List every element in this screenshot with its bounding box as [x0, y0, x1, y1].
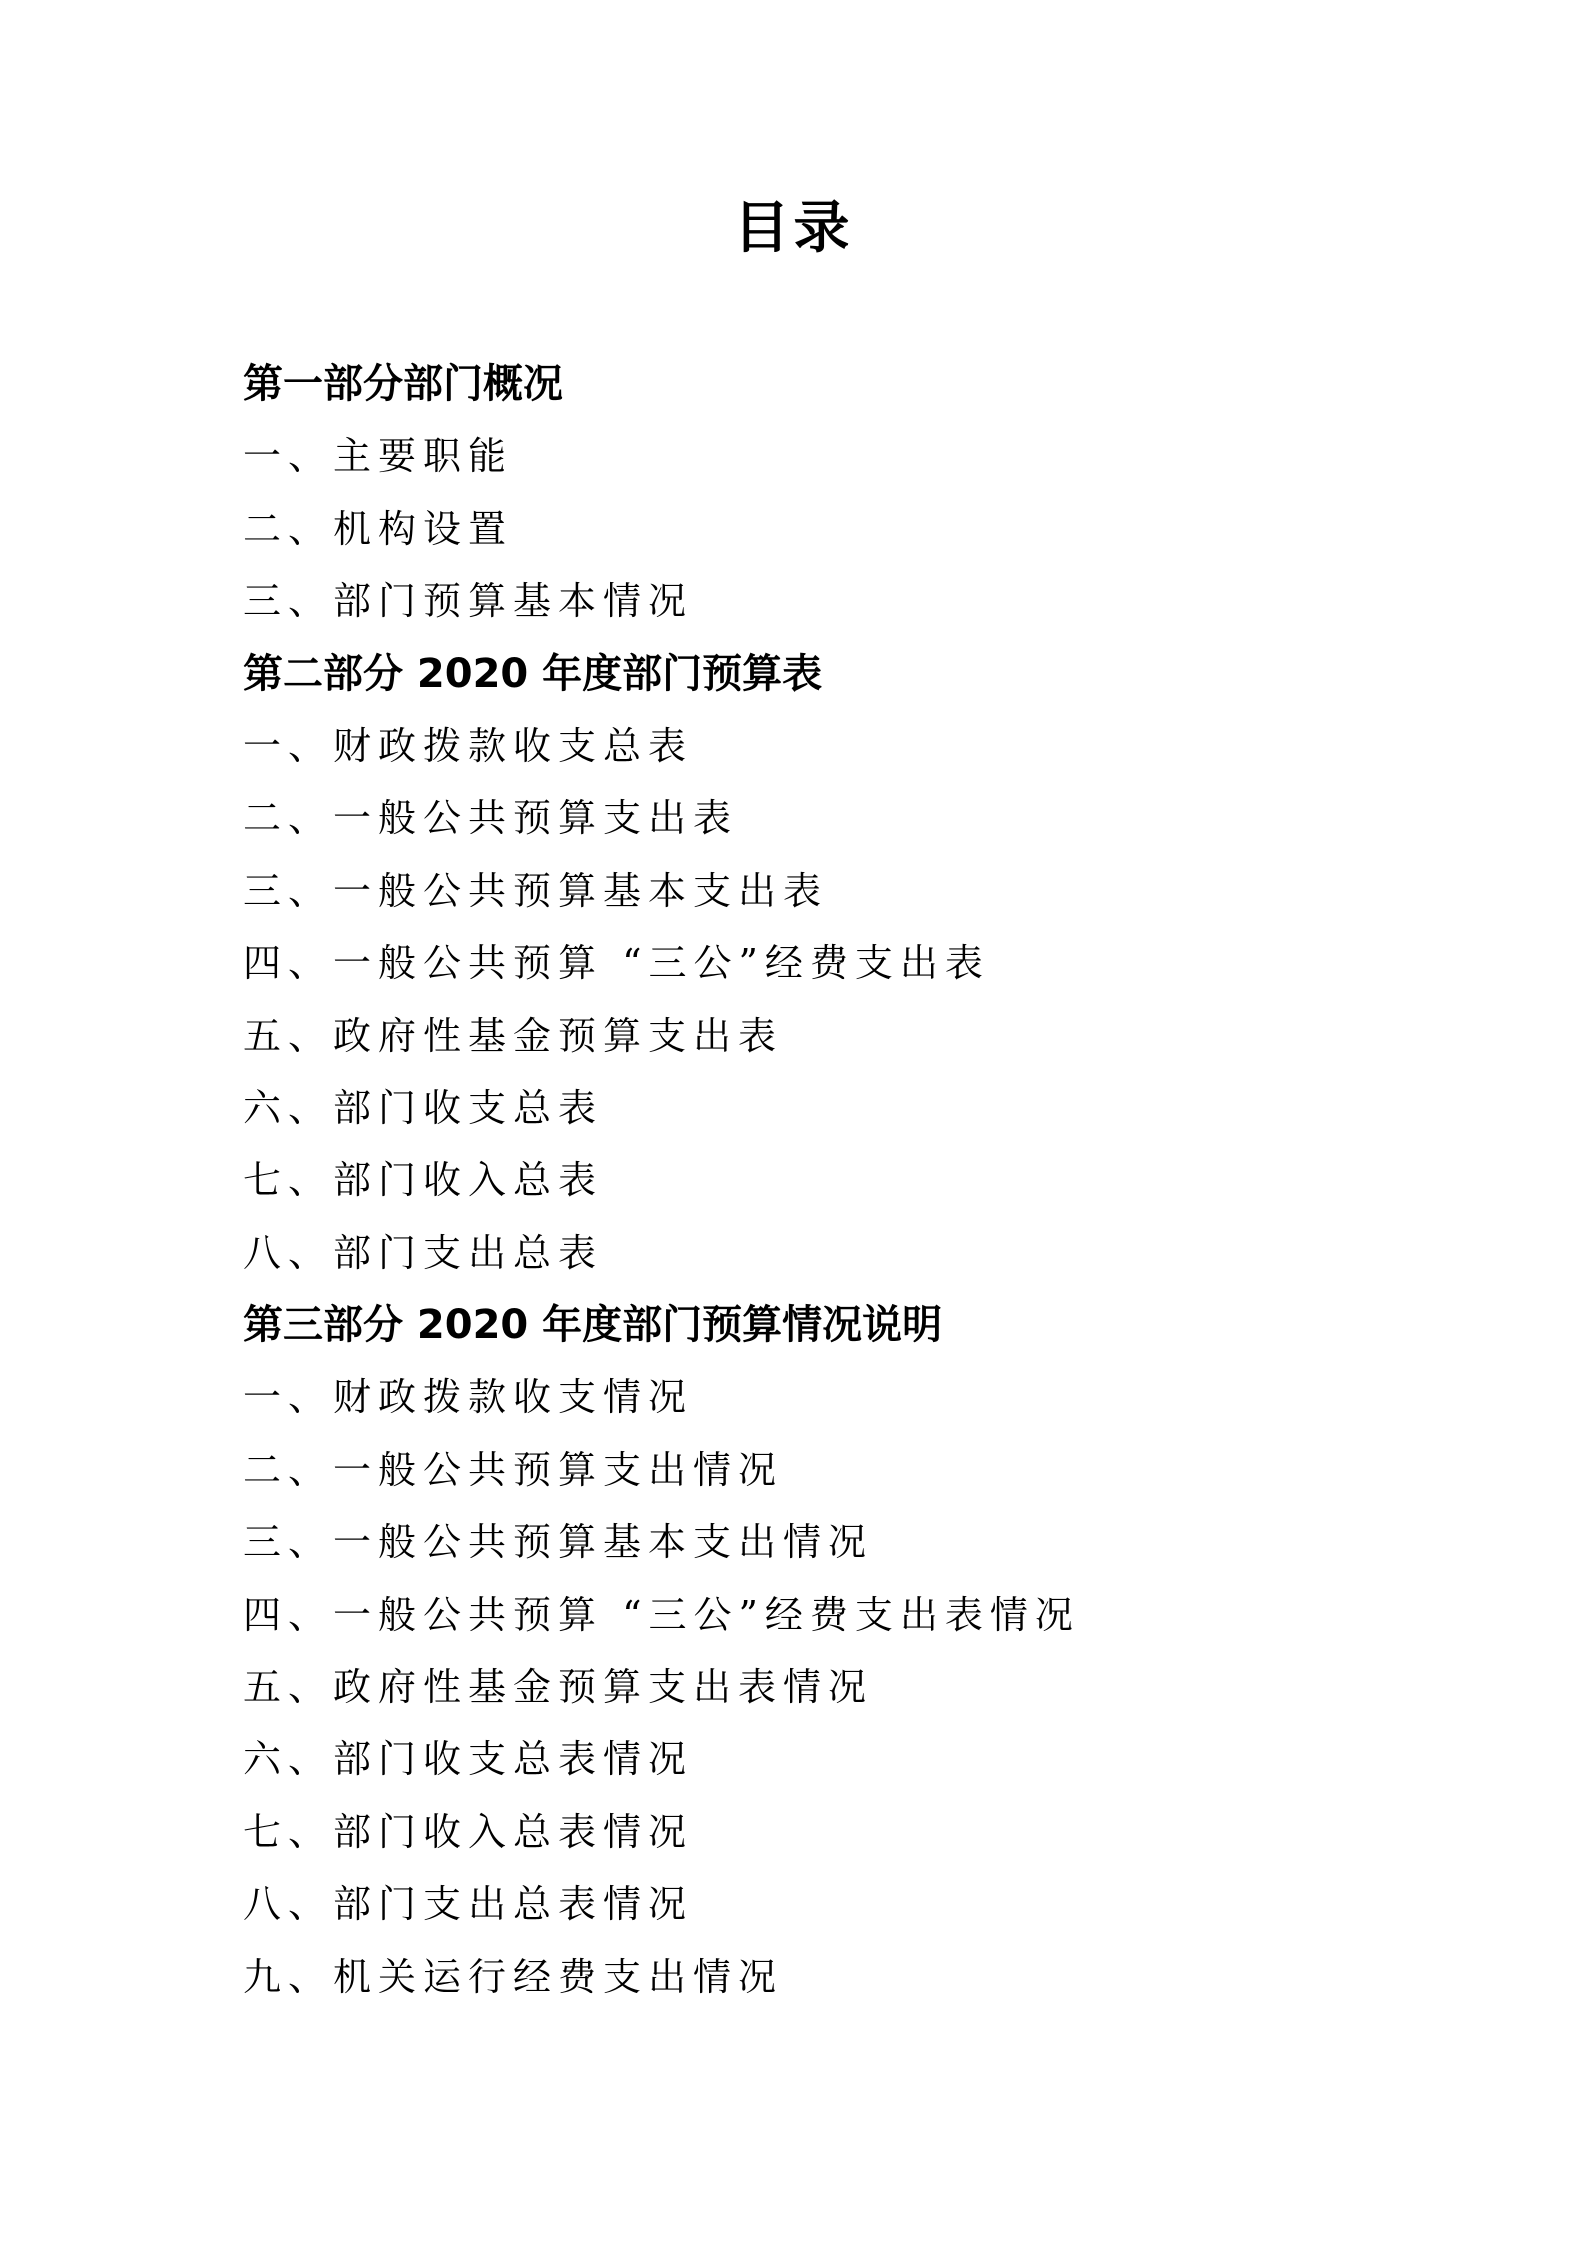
document-page: 目录 第一部分部门概况 一、主要职能 二、机构设置 三、部门预算基本情况 第二部… — [0, 0, 1587, 2245]
toc-item: 三、部门预算基本情况 — [243, 565, 1080, 637]
toc-item: 二、机构设置 — [243, 493, 1080, 565]
toc-item: 二、一般公共预算支出表 — [243, 782, 1080, 854]
toc-item: 六、部门收支总表情况 — [243, 1723, 1080, 1795]
toc-item: 一、主要职能 — [243, 420, 1080, 492]
table-of-contents: 第一部分部门概况 一、主要职能 二、机构设置 三、部门预算基本情况 第二部分 2… — [243, 348, 1080, 2013]
toc-item: 九、机关运行经费支出情况 — [243, 1941, 1080, 2013]
toc-part-3: 第三部分 2020 年度部门预算情况说明 — [243, 1289, 1080, 1361]
toc-item: 五、政府性基金预算支出表 — [243, 1000, 1080, 1072]
toc-part-1: 第一部分部门概况 — [243, 348, 1080, 420]
toc-part-2: 第二部分 2020 年度部门预算表 — [243, 638, 1080, 710]
toc-item: 三、一般公共预算基本支出情况 — [243, 1506, 1080, 1578]
toc-item: 六、部门收支总表 — [243, 1072, 1080, 1144]
toc-item: 一、财政拨款收支总表 — [243, 710, 1080, 782]
toc-item: 七、部门收入总表 — [243, 1144, 1080, 1216]
toc-item: 三、一般公共预算基本支出表 — [243, 855, 1080, 927]
page-title: 目录 — [0, 188, 1587, 268]
toc-item: 五、政府性基金预算支出表情况 — [243, 1651, 1080, 1723]
toc-item: 二、一般公共预算支出情况 — [243, 1434, 1080, 1506]
toc-item: 一、财政拨款收支情况 — [243, 1361, 1080, 1433]
toc-item: 七、部门收入总表情况 — [243, 1796, 1080, 1868]
toc-item: 八、部门支出总表情况 — [243, 1868, 1080, 1940]
toc-item: 八、部门支出总表 — [243, 1217, 1080, 1289]
toc-item: 四、一般公共预算 “三公”经费支出表 — [243, 927, 1080, 999]
toc-item: 四、一般公共预算 “三公”经费支出表情况 — [243, 1579, 1080, 1651]
